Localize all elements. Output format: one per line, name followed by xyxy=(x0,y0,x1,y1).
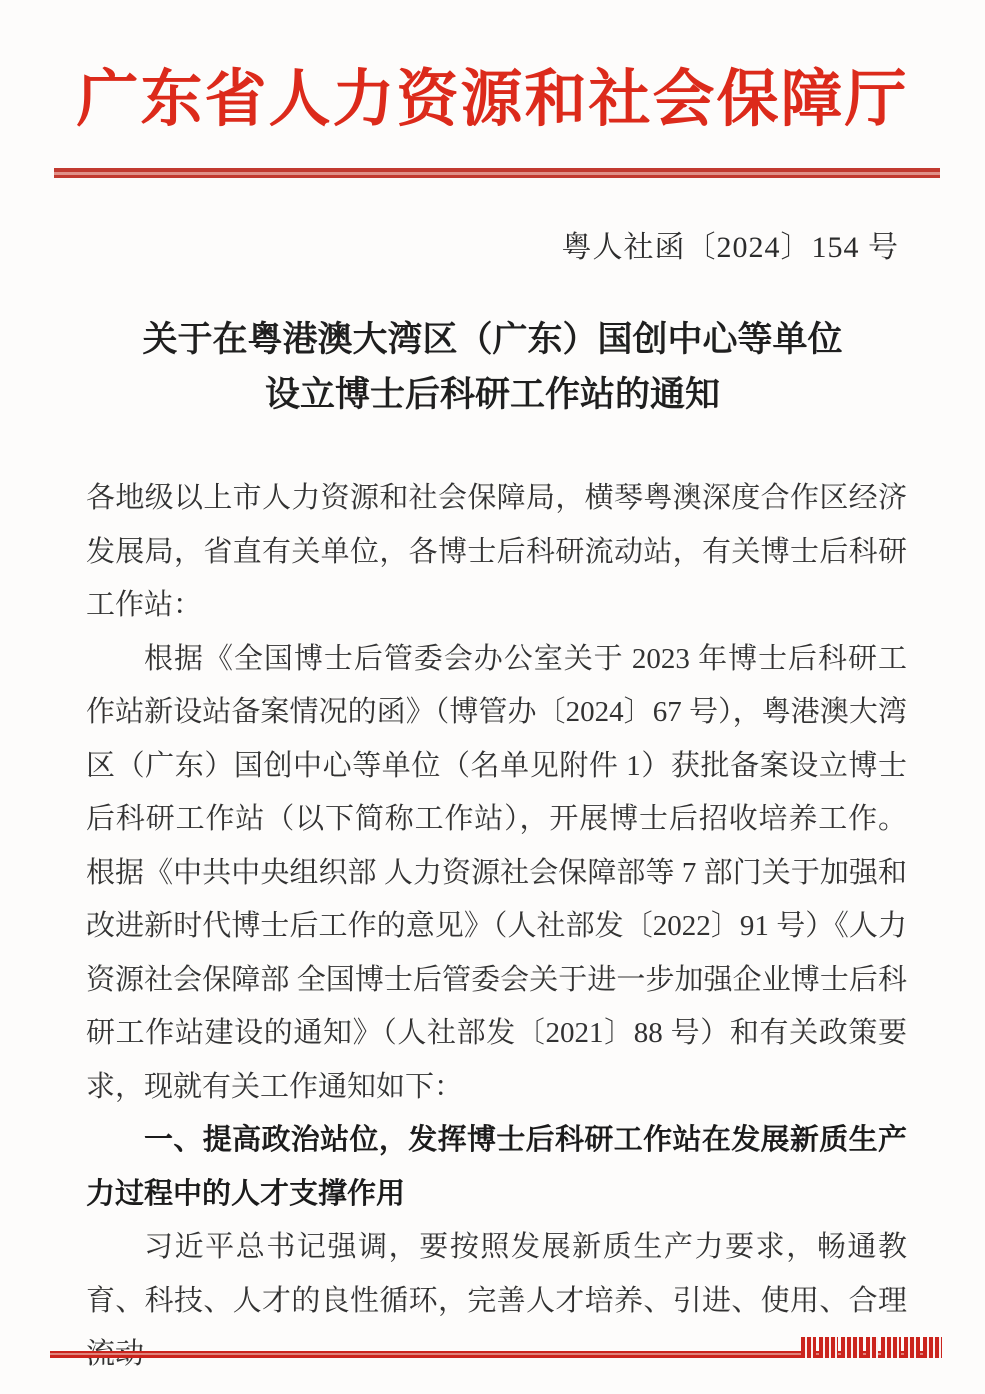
section-one-heading: 一、提高政治站位，发挥博士后科研工作站在发展新质生产力过程中的人才支撑作用 xyxy=(86,1114,907,1221)
watermark-glyph xyxy=(819,1337,838,1358)
opening-paragraph: 根据《全国博士后管委会办公室关于 2023 年博士后科研工作站新设站备案情况的函… xyxy=(86,633,907,1115)
watermark-glyph xyxy=(881,1337,901,1358)
letterhead-divider-rule xyxy=(54,168,940,178)
title-line-2: 设立博士后科研工作站的通知 xyxy=(0,367,985,422)
watermark-glyph xyxy=(866,1337,878,1358)
watermark-glyph xyxy=(904,1337,920,1358)
document-title: 关于在粤港澳大湾区（广东）国创中心等单位 设立博士后科研工作站的通知 xyxy=(0,312,985,422)
watermark-glyph xyxy=(923,1337,942,1358)
agency-name: 广东省人力资源和社会保障厅 xyxy=(0,46,985,154)
title-line-1: 关于在粤港澳大湾区（广东）国创中心等单位 xyxy=(0,312,985,367)
watermark-glyph xyxy=(801,1337,816,1358)
letterhead: 广东省人力资源和社会保障厅 xyxy=(0,46,985,178)
watermark-glyph xyxy=(841,1337,863,1358)
clipped-watermark xyxy=(801,1337,942,1358)
document-body: 各地级以上市人力资源和社会保障局，横琴粤澳深度合作区经济发展局，省直有关单位，各… xyxy=(86,472,907,1382)
document-page: 广东省人力资源和社会保障厅 粤人社函〔2024〕154 号 关于在粤港澳大湾区（… xyxy=(0,0,985,1394)
document-number: 粤人社函〔2024〕154 号 xyxy=(0,226,985,270)
salutation: 各地级以上市人力资源和社会保障局，横琴粤澳深度合作区经济发展局，省直有关单位，各… xyxy=(86,472,907,633)
